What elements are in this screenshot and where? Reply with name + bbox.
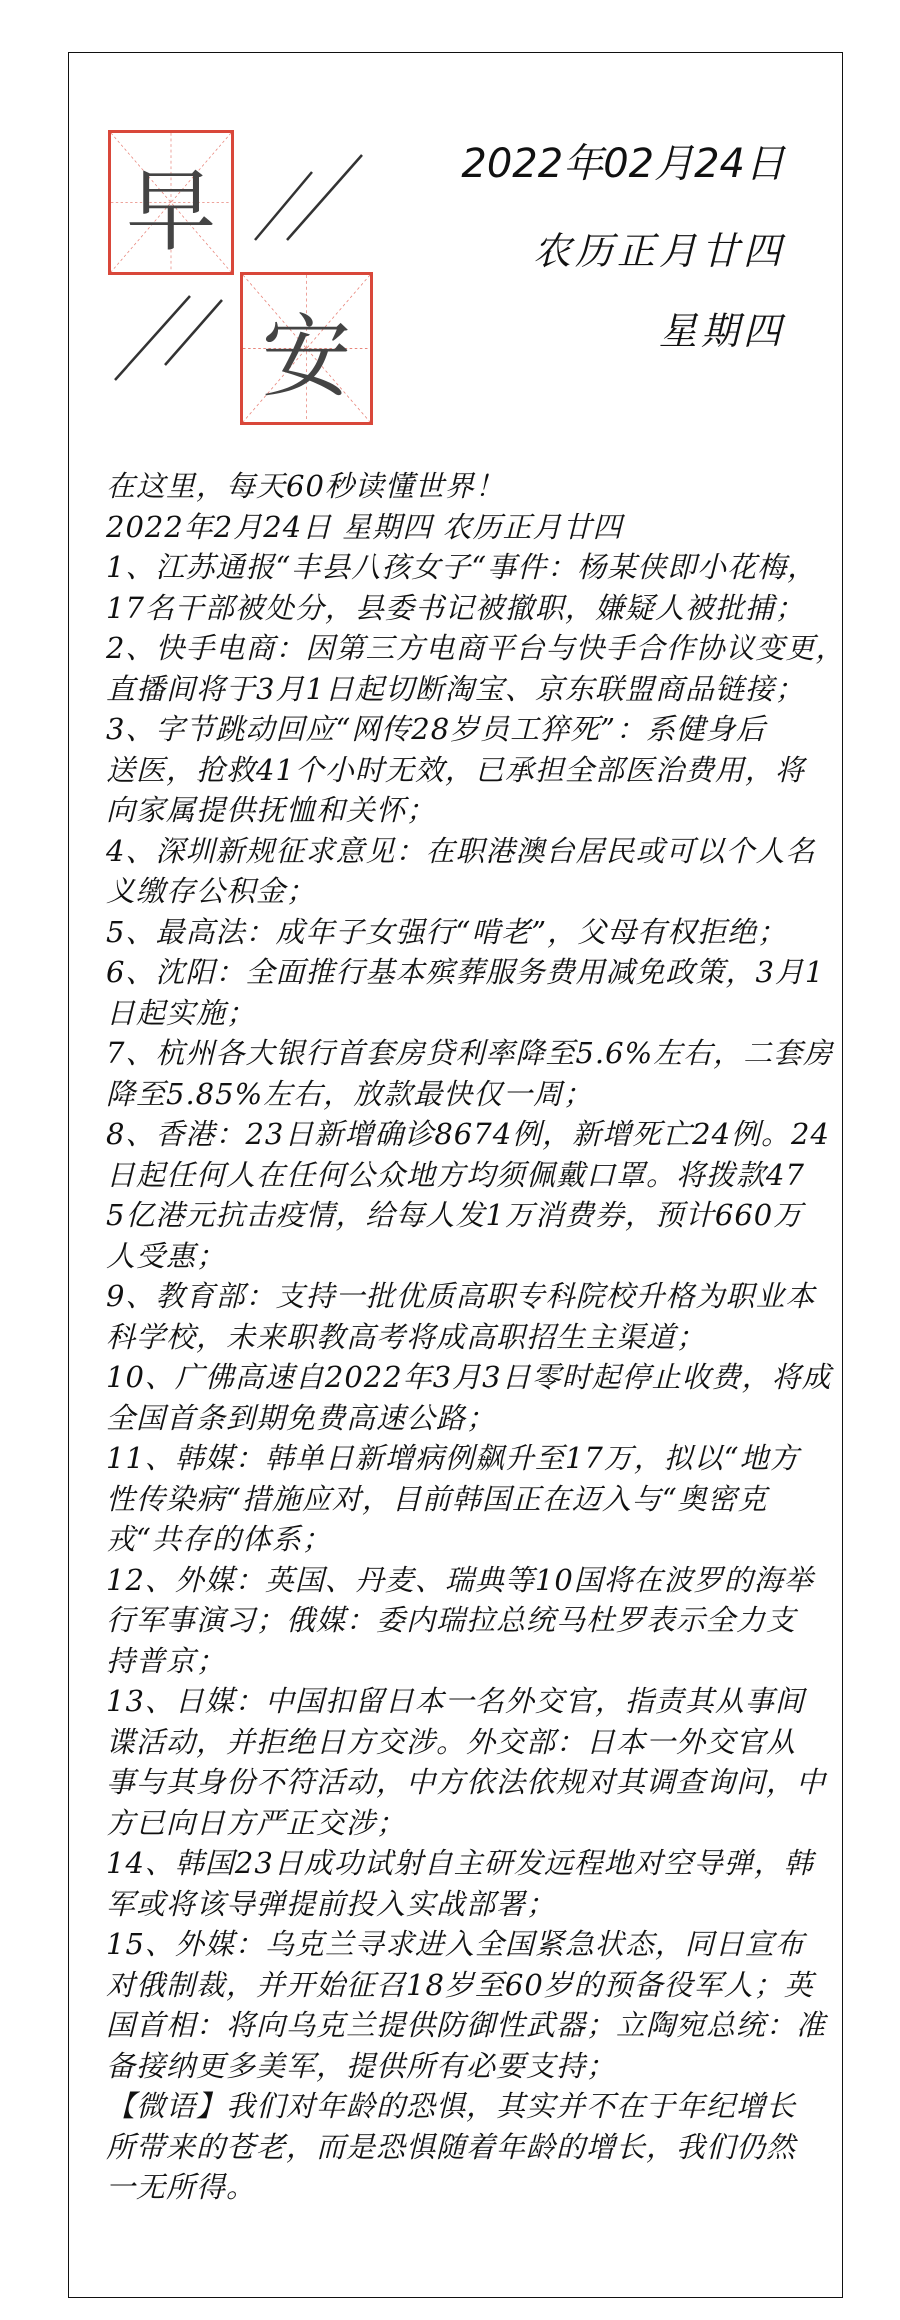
body-line: 全国首条到期免费高速公路；: [106, 1398, 826, 1439]
date-lunar: 农历正月廿四: [533, 220, 785, 275]
body-line: 一无所得。: [106, 2167, 826, 2208]
body-line: 1、江苏通报“丰县八孩女子“事件：杨某侠即小花梅，: [106, 547, 826, 588]
body-line: 在这里，每天60秒读懂世界！: [106, 466, 826, 507]
body-line: 日起实施；: [106, 993, 826, 1034]
body-line: 事与其身份不符活动，中方依法依规对其调查询问，中: [106, 1762, 826, 1803]
body-line: 4、深圳新规征求意见：在职港澳台居民或可以个人名: [106, 831, 826, 872]
body-line: 所带来的苍老，而是恐惧随着年龄的增长，我们仍然: [106, 2127, 826, 2168]
body-line: 备接纳更多美军，提供所有必要支持；: [106, 2046, 826, 2087]
body-line: 降至5.85%左右，放款最快仅一周；: [106, 1074, 826, 1115]
body-line: 5、最高法：成年子女强行“啃老”，父母有权拒绝；: [106, 912, 826, 953]
news-body: 在这里，每天60秒读懂世界！2022年2月24日 星期四 农历正月廿四1、江苏通…: [106, 466, 826, 2208]
body-line: 5亿港元抗击疫情，给每人发1万消费券，预计660万: [106, 1195, 826, 1236]
body-line: 日起任何人在任何公众地方均须佩戴口罩。将拨款47: [106, 1155, 826, 1196]
body-line: 科学校，未来职教高考将成高职招生主渠道；: [106, 1317, 826, 1358]
body-line: 11、韩媒：韩单日新增病例飙升至17万，拟以“地方: [106, 1438, 826, 1479]
date-weekday: 星期四: [659, 300, 785, 355]
body-line: 谍活动，并拒绝日方交涉。外交部：日本一外交官从: [106, 1722, 826, 1763]
body-line: 送医，抢救41个小时无效，已承担全部医治费用，将: [106, 750, 826, 791]
body-line: 性传染病“措施应对，目前韩国正在迈入与“奥密克: [106, 1479, 826, 1520]
body-line: 9、教育部：支持一批优质高职专科院校升格为职业本: [106, 1276, 826, 1317]
body-line: 3、字节跳动回应“网传28岁员工猝死”：系健身后: [106, 709, 826, 750]
title-char-box-an: 安: [240, 272, 373, 425]
body-line: 7、杭州各大银行首套房贷利率降至5.6%左右，二套房: [106, 1033, 826, 1074]
body-line: 人受惠；: [106, 1236, 826, 1277]
body-line: 2022年2月24日 星期四 农历正月廿四: [106, 507, 826, 548]
body-line: 向家属提供抚恤和关怀；: [106, 790, 826, 831]
body-line: 对俄制裁，并开始征召18岁至60岁的预备役军人；英: [106, 1965, 826, 2006]
body-line: 8、香港：23日新增确诊8674例，新增死亡24例。24: [106, 1114, 826, 1155]
body-line: 戎“共存的体系；: [106, 1519, 826, 1560]
body-line: 10、广佛高速自2022年3月3日零时起停止收费，将成: [106, 1357, 826, 1398]
body-line: 14、韩国23日成功试射自主研发远程地对空导弹，韩: [106, 1843, 826, 1884]
body-line: 方已向日方严正交涉；: [106, 1803, 826, 1844]
body-line: 直播间将于3月1日起切断淘宝、京东联盟商品链接；: [106, 669, 826, 710]
body-line: 15、外媒：乌克兰寻求进入全国紧急状态，同日宣布: [106, 1924, 826, 1965]
body-line: 义缴存公积金；: [106, 871, 826, 912]
body-line: 军或将该导弹提前投入实战部署；: [106, 1884, 826, 1925]
body-line: 2、快手电商：因第三方电商平台与快手合作协议变更，: [106, 628, 826, 669]
body-line: 12、外媒：英国、丹麦、瑞典等10国将在波罗的海举: [106, 1560, 826, 1601]
title-char-box-zao: 早: [108, 130, 234, 275]
date-gregorian: 2022年02月24日: [461, 132, 785, 189]
body-line: 行军事演习；俄媒：委内瑞拉总统马杜罗表示全力支: [106, 1600, 826, 1641]
body-line: 13、日媒：中国扣留日本一名外交官，指责其从事间: [106, 1681, 826, 1722]
body-line: 持普京；: [106, 1641, 826, 1682]
title-char-zao: 早: [111, 133, 231, 272]
body-line: 17名干部被处分，县委书记被撤职，嫌疑人被批捕；: [106, 588, 826, 629]
body-line: 国首相：将向乌克兰提供防御性武器；立陶宛总统：准: [106, 2005, 826, 2046]
title-char-an: 安: [243, 275, 370, 422]
body-line: 【微语】我们对年龄的恐惧，其实并不在于年纪增长: [106, 2086, 826, 2127]
body-line: 6、沈阳：全面推行基本殡葬服务费用减免政策，3月1: [106, 952, 826, 993]
